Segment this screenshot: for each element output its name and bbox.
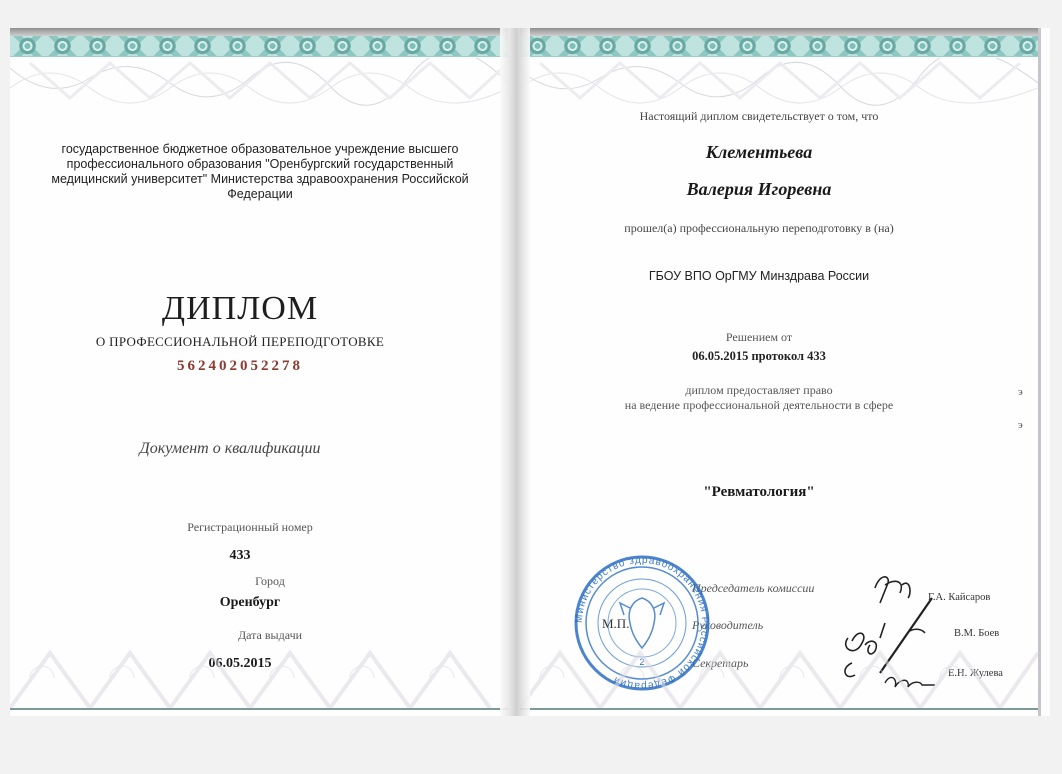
registration-label: Регистрационный номер: [30, 520, 470, 535]
guilloche-pattern-top: [10, 58, 508, 108]
guilloche-pattern-bottom: [520, 648, 1038, 708]
top-edge-shadow: [520, 28, 1038, 36]
guilloche-pattern-top: [520, 58, 1038, 108]
decision-label: Решением от: [520, 330, 1018, 345]
organization-name: ГБОУ ВПО ОрГМУ Минздрава России: [520, 269, 1018, 283]
diploma-spread: государственное бюджетное образовательно…: [10, 28, 1050, 716]
rights-line-2: на ведение профессиональной деятельности…: [520, 398, 1018, 413]
top-edge-shadow: [10, 28, 508, 36]
holder-surname: Клементьева: [520, 142, 1018, 163]
stamp-place-label: М.П.: [602, 616, 629, 632]
decorative-border-band: [10, 36, 508, 57]
intro-text: Настоящий диплом свидетельствует о том, …: [520, 109, 1018, 124]
institution-name: государственное бюджетное образовательно…: [50, 142, 470, 202]
decision-value: 06.05.2015 протокол 433: [520, 349, 1018, 364]
document-subtitle: О ПРОФЕССИОНАЛЬНОЙ ПЕРЕПОДГОТОВКЕ: [40, 334, 440, 350]
issue-date-label: Дата выдачи: [40, 628, 500, 643]
bottom-rule: [520, 708, 1038, 710]
book-spine: [500, 28, 530, 716]
passed-text: прошел(а) профессиональную переподготовк…: [520, 221, 1018, 236]
margin-mark: э: [1018, 419, 1023, 431]
document-type: Документ о квалификации: [30, 440, 430, 458]
bottom-rule: [10, 708, 508, 710]
serial-number: 562402052278: [40, 358, 440, 375]
decorative-border-band: [520, 36, 1038, 57]
document-title: ДИПЛОМ: [40, 290, 440, 328]
right-page: Настоящий диплом свидетельствует о том, …: [520, 28, 1041, 716]
rights-line-1: диплом предоставляет право: [520, 383, 1018, 398]
margin-mark: э: [1018, 386, 1023, 398]
holder-given-names: Валерия Игоревна: [520, 179, 1018, 200]
specialty: "Ревматология": [520, 484, 1018, 501]
city-label: Город: [30, 574, 508, 589]
left-page: государственное бюджетное образовательно…: [10, 28, 508, 716]
signatory-name-head: В.М. Боев: [954, 628, 999, 639]
city-value: Оренбург: [10, 595, 490, 611]
guilloche-pattern-bottom: [10, 648, 508, 708]
registration-number: 433: [10, 548, 470, 564]
